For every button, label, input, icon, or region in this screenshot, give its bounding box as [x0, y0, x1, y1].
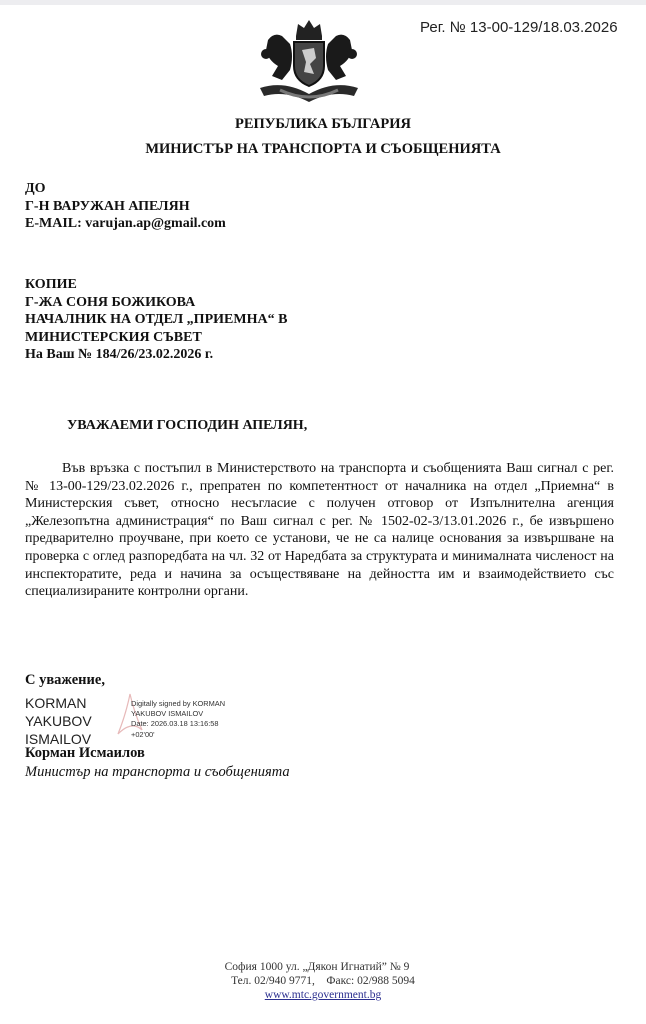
- recipient-label: ДО: [25, 180, 226, 198]
- copy-label: КОПИЕ: [25, 276, 287, 294]
- signatory-name: Корман Исмаилов: [25, 745, 145, 762]
- institution-heading: МИНИСТЪР НА ТРАНСПОРТА И СЪОБЩЕНИЯТА: [0, 141, 646, 158]
- digital-signature-name: KORMAN YAKUBOV ISMAILOV: [25, 694, 92, 748]
- country-heading: РЕПУБЛИКА БЪЛГАРИЯ: [0, 116, 646, 133]
- copy-reference: На Ваш № 184/26/23.02.2026 г.: [25, 346, 287, 364]
- recipient-block: ДО Г-Н ВАРУЖАН АПЕЛЯН E-MAIL: varujan.ap…: [25, 180, 226, 233]
- copy-block: КОПИЕ Г-ЖА СОНЯ БОЖИКОВА НАЧАЛНИК НА ОТД…: [25, 276, 287, 364]
- signature-meta-line: Digitally signed by KORMAN: [131, 699, 225, 709]
- closing: С уважение,: [25, 672, 105, 689]
- greeting: УВАЖАЕМИ ГОСПОДИН АПЕЛЯН,: [67, 418, 307, 434]
- copy-position-line2: МИНИСТЕРСКИЯ СЪВЕТ: [25, 329, 287, 347]
- copy-name: Г-ЖА СОНЯ БОЖИКОВА: [25, 294, 287, 312]
- copy-position-line1: НАЧАЛНИК НА ОТДЕЛ „ПРИЕМНА“ В: [25, 311, 287, 329]
- signatory-title: Министър на транспорта и съобщенията: [25, 764, 290, 781]
- letter-body: Във връзка с постъпил в Министерството н…: [25, 460, 614, 601]
- recipient-name: Г-Н ВАРУЖАН АПЕЛЯН: [25, 198, 226, 216]
- footer-phone-fax: Тел. 02/940 9771, Факс: 02/988 5094: [0, 975, 646, 987]
- recipient-email: E-MAIL: varujan.ap@gmail.com: [25, 215, 226, 233]
- signature-meta-line: +02'00': [131, 730, 225, 740]
- top-edge-band: [0, 0, 646, 5]
- footer-address: София 1000 ул. „Дякон Игнатий” № 9: [0, 961, 640, 973]
- signature-name-line: KORMAN: [25, 694, 92, 712]
- registration-number: Рег. № 13-00-129/18.03.2026: [420, 19, 618, 36]
- website-link[interactable]: www.mtc.government.bg: [265, 989, 381, 1001]
- coat-of-arms-icon: [254, 14, 364, 106]
- signature-meta-line: Date: 2026.03.18 13:16:58: [131, 719, 225, 729]
- signature-name-line: YAKUBOV: [25, 712, 92, 730]
- signature-meta-line: YAKUBOV ISMAILOV: [131, 709, 225, 719]
- footer-website: www.mtc.government.bg: [0, 989, 646, 1001]
- digital-signature-details: Digitally signed by KORMAN YAKUBOV ISMAI…: [131, 699, 225, 740]
